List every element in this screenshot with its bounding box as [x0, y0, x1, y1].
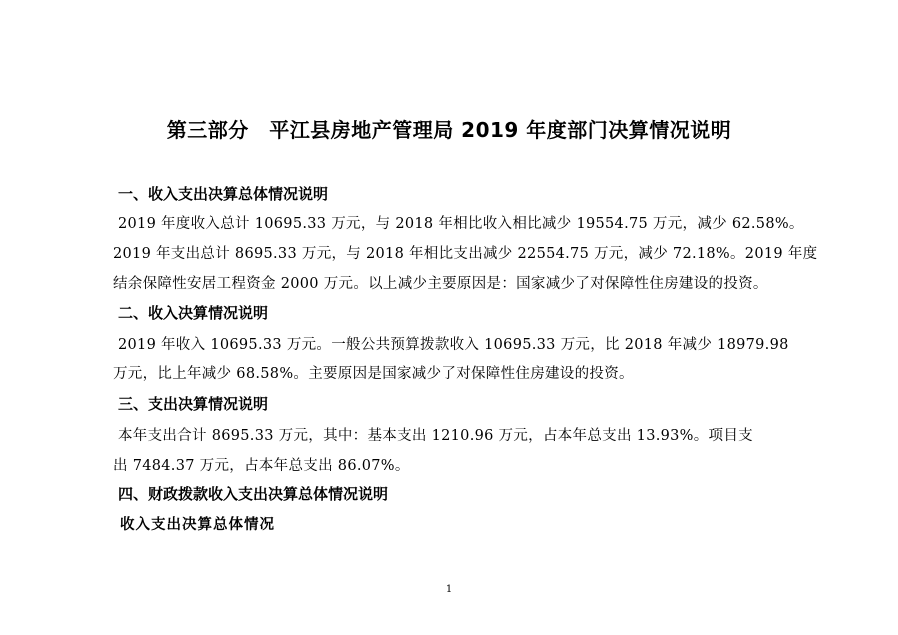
paragraph-line: 结余保障性安居工程资金 2000 万元。以上减少主要原因是：国家减少了对保障性住… [113, 272, 813, 293]
paragraph-line: 本年支出合计 8695.33 万元，其中：基本支出 1210.96 万元，占本年… [118, 424, 818, 445]
paragraph-line: 2019 年收入 10695.33 万元。一般公共预算拨款收入 10695.33… [118, 333, 818, 354]
section-heading-4: 四、财政拨款收入支出决算总体情况说明 [118, 483, 388, 504]
page-number: 1 [0, 584, 898, 595]
sub-heading: 收入支出决算总体情况 [120, 513, 275, 534]
paragraph-line: 出 7484.37 万元，占本年总支出 86.07%。 [113, 454, 813, 475]
page-title: 第三部分 平江县房地产管理局 2019 年度部门决算情况说明 [0, 114, 898, 143]
paragraph-line: 2019 年支出总计 8695.33 万元，与 2018 年相比支出减少 225… [113, 242, 813, 263]
document-page: 第三部分 平江县房地产管理局 2019 年度部门决算情况说明 一、收入支出决算总… [0, 0, 898, 635]
paragraph-line: 万元，比上年减少 68.58%。主要原因是国家减少了对保障性住房建设的投资。 [113, 362, 813, 383]
section-heading-3: 三、支出决算情况说明 [118, 393, 268, 414]
paragraph-line: 2019 年度收入总计 10695.33 万元，与 2018 年相比收入相比减少… [118, 212, 818, 233]
section-heading-1: 一、收入支出决算总体情况说明 [118, 183, 328, 204]
section-heading-2: 二、收入决算情况说明 [118, 302, 268, 323]
